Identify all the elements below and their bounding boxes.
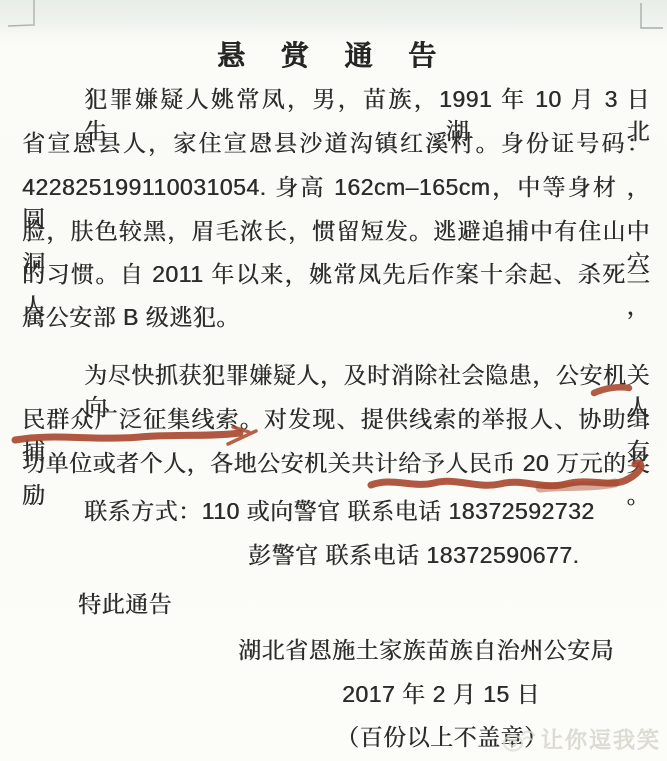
issue-date: 2017 年 2 月 15 日 bbox=[342, 678, 540, 710]
para2-line-2: 民群众广泛征集线索。对发现、提供线索的举报人、协助缉捕有 bbox=[22, 403, 650, 435]
para1-line-5: 的习惯。自 2011 年以来，姚常凤先后作案十余起、杀死三人， bbox=[22, 258, 650, 290]
closing-statement: 特此通告 bbox=[78, 588, 172, 620]
issuer-authority: 湖北省恩施土家族苗族自治州公安局 bbox=[238, 634, 614, 666]
para2-line-1: 为尽快抓获犯罪嫌疑人，及时消除社会隐患，公安机关向人 bbox=[22, 359, 650, 391]
para1-line-6: 属公安部 B 级逃犯。 bbox=[22, 301, 240, 333]
para1-line-2: 省宣恩县人，家住宣恩县沙道沟镇红溪村。身份证号码： bbox=[22, 127, 650, 159]
contact-line-1: 联系方式：110 或向警官 联系电话 18372592732 bbox=[84, 495, 595, 527]
photo-top-shading bbox=[0, 0, 667, 33]
para1-line-4: 脸，肤色较黑，眉毛浓长，惯留短发。逃避追捕中有住山中洞穴 bbox=[22, 215, 650, 247]
watermark-text: 让你逗我笑 bbox=[541, 724, 661, 755]
weibo-logo-icon bbox=[502, 727, 536, 753]
notice-document: 悬 赏 通 告 犯罪嫌疑人姚常凤，男，苗族，1991 年 10 月 3 日生，湖… bbox=[0, 0, 667, 761]
para2-line-3: 功单位或者个人，各地公安机关共计给予人民币 20 万元的奖励。 bbox=[22, 447, 650, 479]
para1-line-1: 犯罪嫌疑人姚常凤，男，苗族，1991 年 10 月 3 日生，湖北 bbox=[22, 83, 650, 115]
para1-line-3: 422825199110031054. 身高 162cm–165cm，中等身材 … bbox=[22, 171, 650, 203]
contact-line-2: 彭警官 联系电话 18372590677. bbox=[248, 539, 579, 571]
watermark: 让你逗我笑 bbox=[502, 724, 661, 755]
notice-title: 悬 赏 通 告 bbox=[0, 34, 667, 74]
